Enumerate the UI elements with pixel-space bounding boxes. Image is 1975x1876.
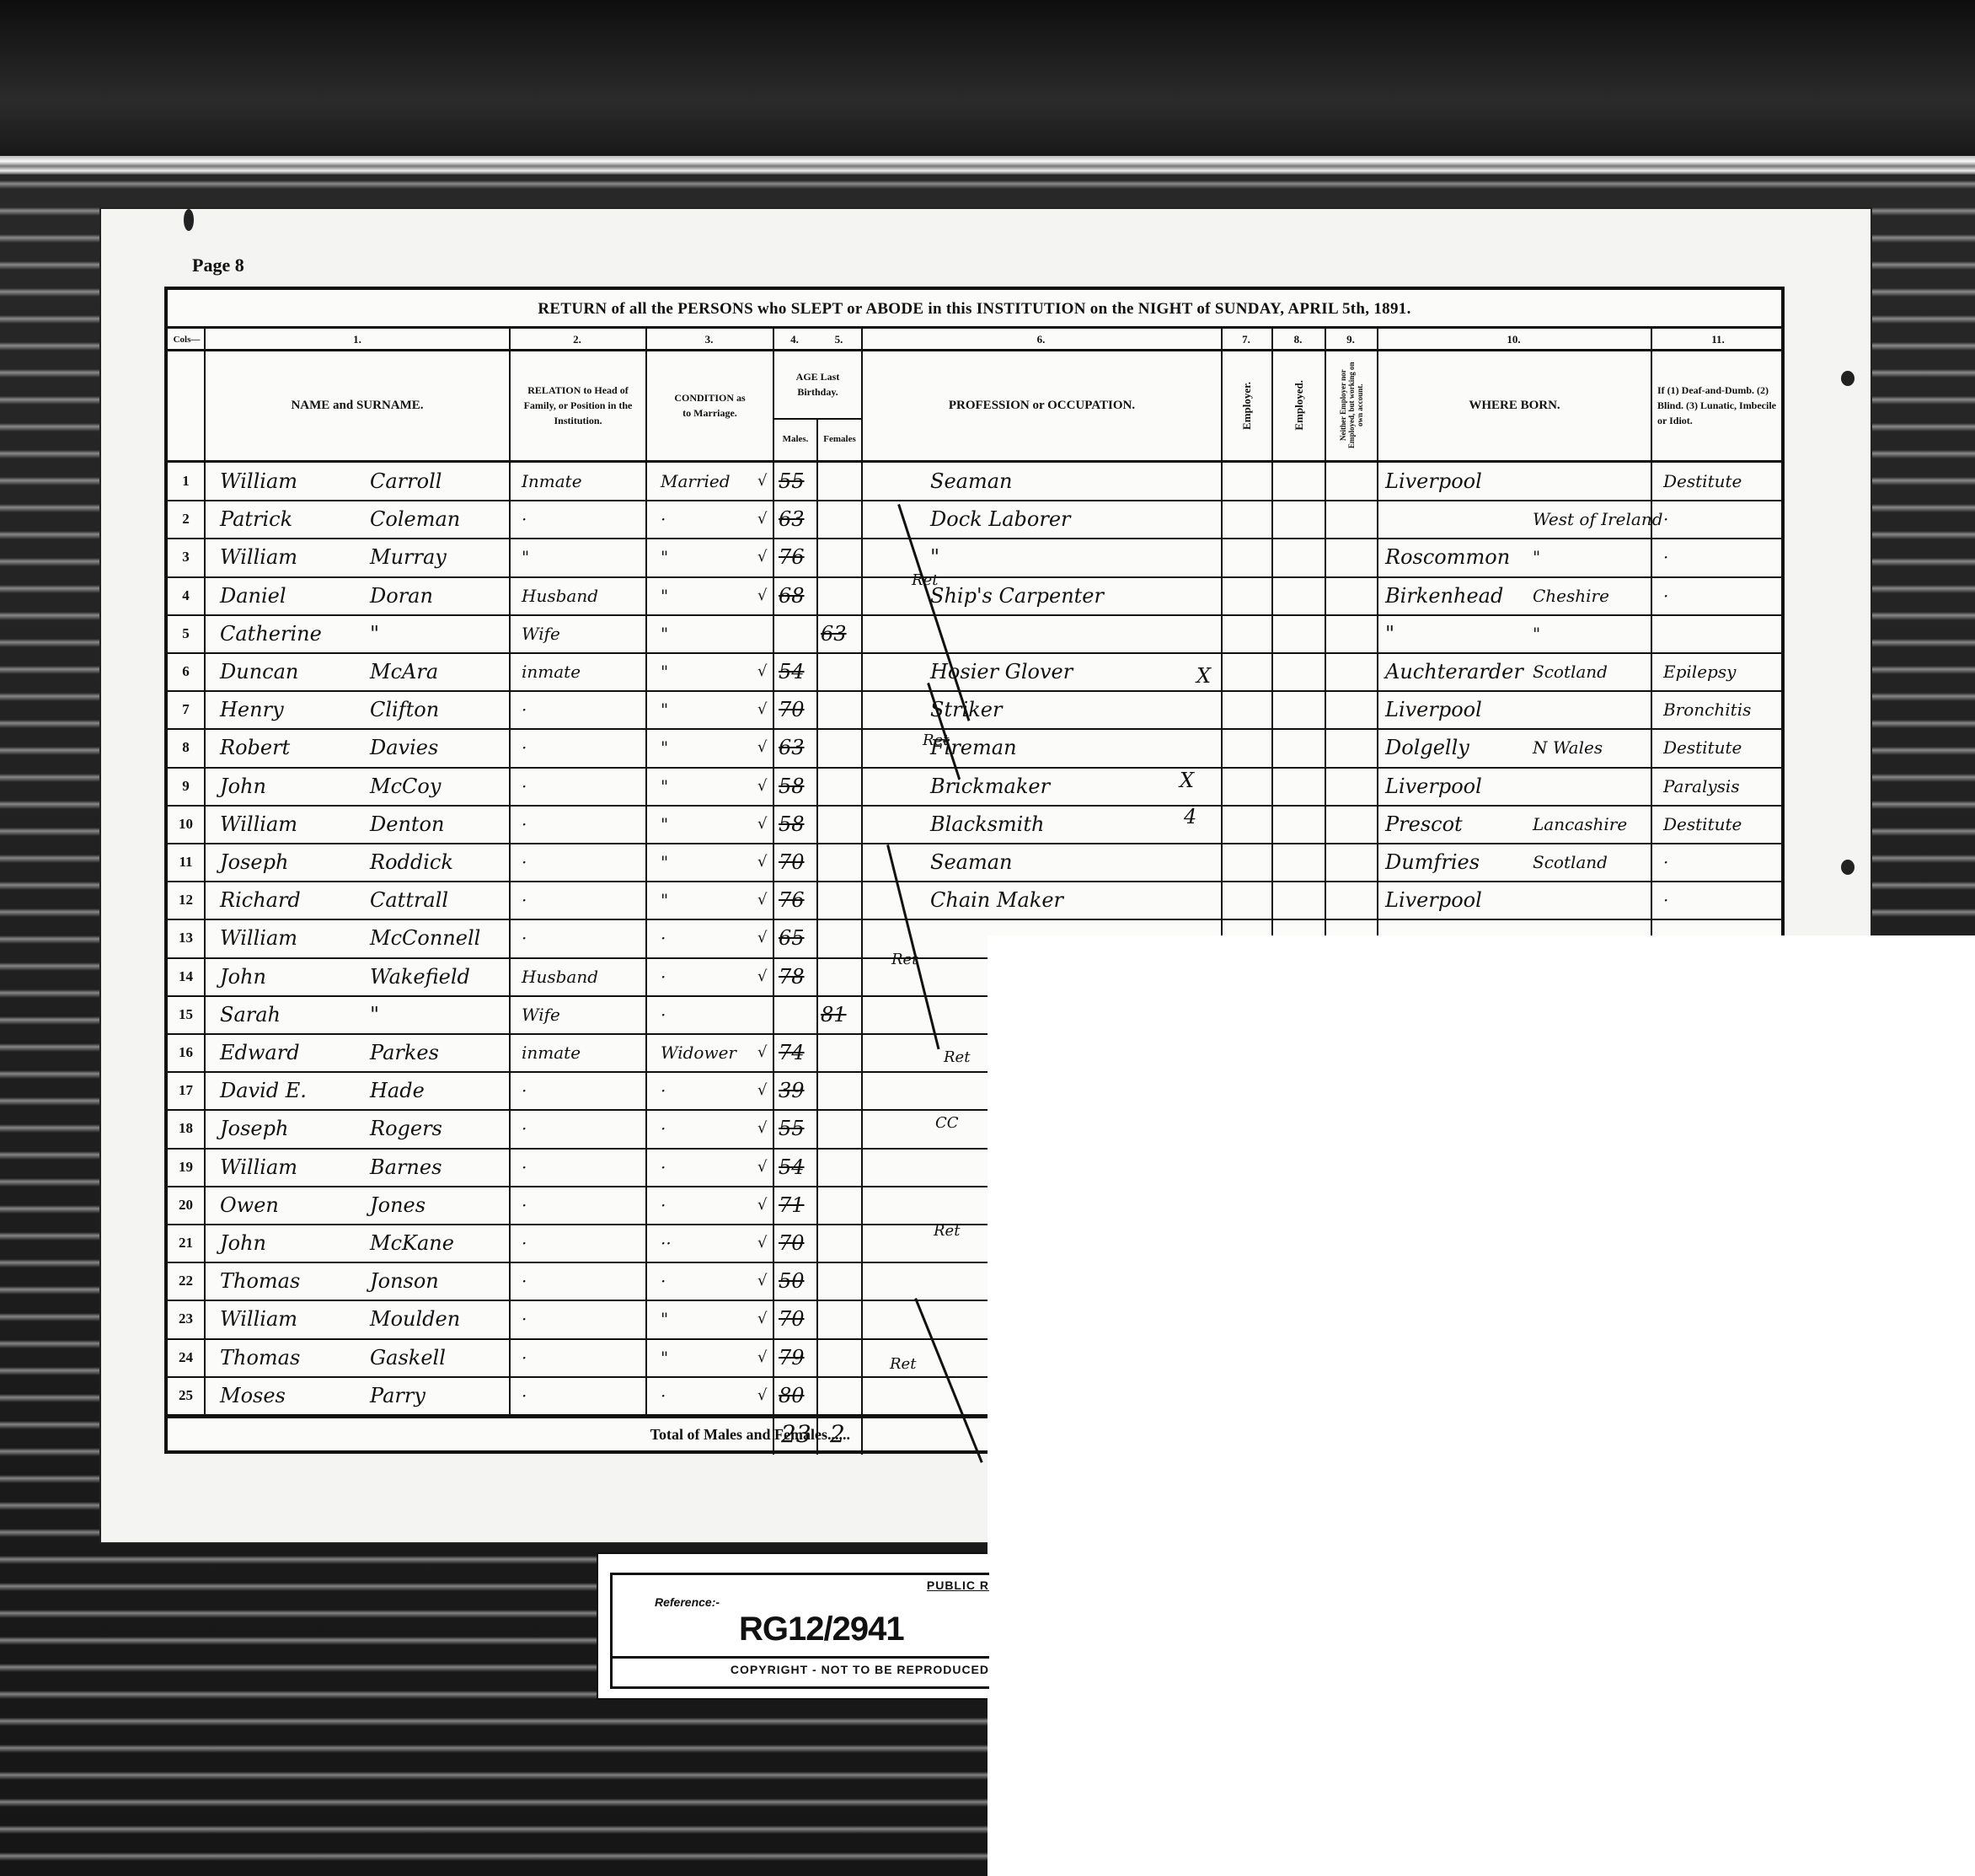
first-name: Henry (220, 691, 380, 728)
relation: · (522, 768, 640, 805)
age-female (821, 806, 859, 843)
birthplace: Prescot (1385, 806, 1537, 843)
reference-caption: Reference:- (655, 1595, 720, 1609)
row-number: 15 (168, 996, 204, 1033)
tally-tick: √ (757, 1300, 773, 1337)
relation: · (522, 1187, 640, 1224)
relation: Inmate (522, 463, 640, 500)
row-number: 16 (168, 1034, 204, 1071)
surname: McKane (370, 1225, 509, 1262)
infirmity: Destitute (1663, 463, 1781, 500)
condition: " (661, 577, 753, 614)
age-male: 70 (779, 691, 816, 728)
first-name: William (220, 1149, 380, 1186)
tally-tick: √ (757, 1225, 773, 1262)
surname: Gaskell (370, 1339, 509, 1376)
surname: " (370, 996, 509, 1033)
tally-tick: √ (757, 1072, 773, 1109)
tally-tick: √ (757, 539, 773, 576)
condition: Married (661, 463, 753, 500)
first-name: Owen (220, 1187, 380, 1224)
condition: " (661, 653, 753, 690)
reference-code: RG12/2941 (739, 1611, 904, 1648)
relation: inmate (522, 1034, 640, 1071)
surname: Murray (370, 539, 509, 576)
surname: Denton (370, 806, 509, 843)
condition: " (661, 691, 753, 728)
birth-region (1533, 691, 1651, 728)
age-male (779, 996, 816, 1033)
row-number: 19 (168, 1149, 204, 1186)
first-name: Joseph (220, 1110, 380, 1147)
tally-tick: √ (757, 1149, 773, 1186)
tally-tick: √ (757, 882, 773, 919)
condition: " (661, 882, 753, 919)
surname: Parry (370, 1377, 509, 1414)
age-male: 74 (779, 1034, 816, 1071)
birth-region (1533, 882, 1651, 919)
annotation-ret: Ret (890, 1355, 916, 1373)
surname: Doran (370, 577, 509, 614)
first-name: John (220, 768, 380, 805)
col-divider (204, 329, 206, 1416)
surname: Jones (370, 1187, 509, 1224)
first-name: John (220, 958, 380, 995)
condition: · (661, 919, 753, 957)
age-male: 78 (779, 958, 816, 995)
age-male: 50 (779, 1262, 816, 1300)
scan-top-edge (0, 0, 1975, 169)
age-female (821, 463, 859, 500)
rule (613, 1656, 989, 1659)
tally-tick: √ (757, 501, 773, 538)
header-relation: RELATION to Head of Family, or Position … (511, 351, 645, 460)
age-female (821, 882, 859, 919)
row-number: 21 (168, 1225, 204, 1262)
annotation-ret: Ret (934, 1222, 960, 1240)
row-number: 7 (168, 691, 204, 728)
first-name: Catherine (220, 615, 380, 652)
relation: · (522, 501, 640, 538)
public-record-text: PUBLIC R (927, 1579, 989, 1592)
surname: Davies (370, 729, 509, 766)
first-name: William (220, 539, 380, 576)
surname: Coleman (370, 501, 509, 538)
relation: inmate (522, 653, 640, 690)
annotation-x: X (1196, 664, 1211, 688)
cols-label: Cols— (168, 330, 206, 349)
condition: Widower (661, 1034, 753, 1071)
relation: · (522, 1225, 640, 1262)
age-female (821, 1034, 859, 1071)
col-divider (509, 329, 511, 1416)
colnum-2: 2. (509, 330, 645, 349)
infirmity: · (1663, 844, 1781, 881)
tally-tick (757, 996, 773, 1033)
header-employed-text: Employed. (1292, 380, 1307, 431)
row-number: 1 (168, 463, 204, 500)
surname: Jonson (370, 1262, 509, 1300)
condition: · (661, 1072, 753, 1109)
condition: " (661, 615, 753, 652)
header-condition: CONDITION as to Marriage. (647, 351, 773, 460)
first-name: John (220, 1225, 380, 1262)
age-female (821, 1110, 859, 1147)
age-female (821, 844, 859, 881)
age-male: 63 (779, 729, 816, 766)
header-where-born: WHERE BORN. (1378, 351, 1651, 460)
row-number: 24 (168, 1339, 204, 1376)
colnum-5: 5. (816, 330, 861, 349)
row-number: 12 (168, 882, 204, 919)
annotation-x: X (1180, 769, 1194, 792)
condition: · (661, 1377, 753, 1414)
infirmity: · (1663, 501, 1781, 538)
colnum-1: 1. (206, 330, 509, 349)
relation: · (522, 882, 640, 919)
first-name: Joseph (220, 844, 380, 881)
birthplace: Liverpool (1385, 768, 1537, 805)
surname: Roddick (370, 844, 509, 881)
birth-region: Lancashire (1533, 806, 1651, 843)
birthplace (1385, 501, 1537, 538)
condition: · (661, 996, 753, 1033)
tally-tick: √ (757, 691, 773, 728)
age-male: 79 (779, 1339, 816, 1376)
age-female (821, 1377, 859, 1414)
annotation-four: 4 (1184, 805, 1196, 828)
age-male: 71 (779, 1187, 816, 1224)
tally-tick: √ (757, 729, 773, 766)
header-neither: Neither Employer nor Employed, but worki… (1326, 351, 1377, 460)
colnum-4: 4. (773, 330, 816, 349)
condition: " (661, 1339, 753, 1376)
tally-tick: √ (757, 463, 773, 500)
age-male: 70 (779, 1300, 816, 1337)
condition: " (661, 1300, 753, 1337)
relation: " (522, 539, 640, 576)
first-name: Edward (220, 1034, 380, 1071)
first-name: Duncan (220, 653, 380, 690)
tally-tick: √ (757, 919, 773, 957)
row-number: 11 (168, 844, 204, 881)
surname: Moulden (370, 1300, 509, 1337)
condition: · (661, 501, 753, 538)
occupation: Seaman (930, 463, 1217, 500)
occupation: Dock Laborer (930, 501, 1217, 538)
col-divider (861, 329, 863, 1455)
relation: Wife (522, 996, 640, 1033)
row-number: 22 (168, 1262, 204, 1300)
occupation: Hosier Glover (930, 653, 1217, 690)
condition: · (661, 958, 753, 995)
form-title: RETURN of all the PERSONS who SLEPT or A… (168, 290, 1781, 329)
birthplace: Dumfries (1385, 844, 1537, 881)
birth-region: Scotland (1533, 844, 1651, 881)
annotation-ret: Ret (944, 1048, 970, 1066)
row-number: 23 (168, 1300, 204, 1337)
relation: · (522, 844, 640, 881)
birth-region (1533, 768, 1651, 805)
birth-region: N Wales (1533, 729, 1651, 766)
age-female: 81 (821, 996, 859, 1033)
age-male: 76 (779, 539, 816, 576)
age-female (821, 1225, 859, 1262)
age-female (821, 539, 859, 576)
infirmity: Destitute (1663, 729, 1781, 766)
birthplace: Liverpool (1385, 882, 1537, 919)
relation: · (522, 1110, 640, 1147)
surname: McConnell (370, 919, 509, 957)
birth-region: Scotland (1533, 653, 1651, 690)
surname: Barnes (370, 1149, 509, 1186)
first-name: William (220, 1300, 380, 1337)
header-employer-text: Employer. (1239, 382, 1255, 430)
tally-tick: √ (757, 768, 773, 805)
age-male: 55 (779, 1110, 816, 1147)
row-number: 2 (168, 501, 204, 538)
relation: Husband (522, 958, 640, 995)
infirmity: · (1663, 577, 1781, 614)
colnum-11: 11. (1651, 330, 1785, 349)
infirmity: Bronchitis (1663, 691, 1781, 728)
age-female (821, 1187, 859, 1224)
age-female (821, 1300, 859, 1337)
age-male: 39 (779, 1072, 816, 1109)
tally-tick: √ (757, 577, 773, 614)
relation: · (522, 919, 640, 957)
tally-tick: √ (757, 958, 773, 995)
occupation: Chain Maker (930, 882, 1217, 919)
occupation: Seaman (930, 844, 1217, 881)
row-number: 13 (168, 919, 204, 957)
condition: · (661, 1262, 753, 1300)
condition: " (661, 729, 753, 766)
tally-tick: √ (757, 806, 773, 843)
reference-box: PUBLIC R Reference:- RG12/2941 COPYRIGHT… (610, 1573, 989, 1689)
surname: Clifton (370, 691, 509, 728)
occupation: Striker (930, 691, 1217, 728)
birthplace: Liverpool (1385, 463, 1537, 500)
age-female (821, 501, 859, 538)
colnum-3: 3. (645, 330, 773, 349)
punch-hole-icon (184, 209, 194, 231)
age-male: 70 (779, 1225, 816, 1262)
header-females: Females (818, 418, 861, 460)
relation: · (522, 1149, 640, 1186)
birth-region: West of Ireland (1533, 501, 1651, 538)
row-number: 6 (168, 653, 204, 690)
tally-tick (757, 615, 773, 652)
header-employer: Employer. (1223, 351, 1271, 460)
age-male: 65 (779, 919, 816, 957)
relation: · (522, 1262, 640, 1300)
age-female (821, 768, 859, 805)
birth-region: Cheshire (1533, 577, 1651, 614)
birth-region (1533, 463, 1651, 500)
row-number: 10 (168, 806, 204, 843)
tally-tick: √ (757, 1187, 773, 1224)
reference-label: PUBLIC R Reference:- RG12/2941 COPYRIGHT… (597, 1552, 987, 1700)
colnum-9: 9. (1325, 330, 1377, 349)
redaction-overlay (987, 935, 1975, 1876)
header-males: Males. (774, 418, 816, 460)
page-number: Page 8 (192, 255, 244, 276)
age-female (821, 1339, 859, 1376)
header-neither-text: Neither Employer nor Employed, but worki… (1339, 355, 1364, 456)
scanner-rail (0, 156, 1975, 174)
relation: · (522, 1377, 640, 1414)
relation: Husband (522, 577, 640, 614)
header-infirmity: If (1) Deaf-and-Dumb. (2) Blind. (3) Lun… (1652, 351, 1785, 460)
header-employed: Employed. (1273, 351, 1325, 460)
age-male: 63 (779, 501, 816, 538)
age-male: 54 (779, 1149, 816, 1186)
infirmity: Destitute (1663, 806, 1781, 843)
row-number: 9 (168, 768, 204, 805)
first-name: Moses (220, 1377, 380, 1414)
condition: " (661, 539, 753, 576)
condition: · (661, 1110, 753, 1147)
first-name: Robert (220, 729, 380, 766)
row-number: 25 (168, 1377, 204, 1414)
total-males: 23 (781, 1418, 811, 1451)
infirmity: Paralysis (1663, 768, 1781, 805)
total-females: 2 (830, 1418, 845, 1451)
age-male: 55 (779, 463, 816, 500)
age-female (821, 919, 859, 957)
header-age: AGE Last Birthday. (774, 351, 861, 418)
surname: McAra (370, 653, 509, 690)
surname: Cattrall (370, 882, 509, 919)
infirmity: · (1663, 882, 1781, 919)
age-female: 63 (821, 615, 859, 652)
condition: · (661, 1149, 753, 1186)
header-name: NAME and SURNAME. (206, 351, 509, 460)
age-female (821, 1072, 859, 1109)
infirmity (1663, 615, 1781, 652)
birth-region: " (1533, 615, 1651, 652)
occupation (930, 615, 1217, 652)
age-male: 58 (779, 806, 816, 843)
age-male (779, 615, 816, 652)
relation: · (522, 806, 640, 843)
colnum-10: 10. (1377, 330, 1651, 349)
first-name: Thomas (220, 1339, 380, 1376)
occupation: Fireman (930, 729, 1217, 766)
first-name: William (220, 463, 380, 500)
annotation-cc: CC (935, 1114, 959, 1132)
first-name: Richard (220, 882, 380, 919)
relation: · (522, 729, 640, 766)
birthplace: " (1385, 615, 1537, 652)
age-male: 58 (779, 768, 816, 805)
condition: " (661, 768, 753, 805)
age-male: 54 (779, 653, 816, 690)
age-female (821, 1149, 859, 1186)
first-name: Thomas (220, 1262, 380, 1300)
relation: Wife (522, 615, 640, 652)
first-name: William (220, 806, 380, 843)
surname: Parkes (370, 1034, 509, 1071)
col-divider (645, 329, 647, 1416)
birthplace: Dolgelly (1385, 729, 1537, 766)
colnum-8: 8. (1271, 330, 1325, 349)
birthplace: Roscommon (1385, 539, 1537, 576)
age-female (821, 1262, 859, 1300)
relation: · (522, 1300, 640, 1337)
birthplace: Liverpool (1385, 691, 1537, 728)
birthplace: Birkenhead (1385, 577, 1537, 614)
surname: McCoy (370, 768, 509, 805)
colnum-6: 6. (861, 330, 1221, 349)
condition: " (661, 806, 753, 843)
relation: · (522, 1339, 640, 1376)
occupation: " (930, 539, 1217, 576)
surname: Hade (370, 1072, 509, 1109)
condition: ·· (661, 1225, 753, 1262)
tally-tick: √ (757, 1110, 773, 1147)
age-female (821, 958, 859, 995)
age-female (821, 577, 859, 614)
infirmity: Epilepsy (1663, 653, 1781, 690)
age-male: 76 (779, 882, 816, 919)
birth-region: " (1533, 539, 1651, 576)
header-occupation: PROFESSION or OCCUPATION. (863, 351, 1221, 460)
surname: Wakefield (370, 958, 509, 995)
condition: " (661, 844, 753, 881)
age-female (821, 729, 859, 766)
first-name: Patrick (220, 501, 380, 538)
row-number: 8 (168, 729, 204, 766)
tally-tick: √ (757, 653, 773, 690)
first-name: David E. (220, 1072, 380, 1109)
occupation: Brickmaker (930, 768, 1217, 805)
row-number: 3 (168, 539, 204, 576)
relation: · (522, 691, 640, 728)
first-name: William (220, 919, 380, 957)
colnum-7: 7. (1221, 330, 1271, 349)
copyright-notice: COPYRIGHT - NOT TO BE REPRODUCED (731, 1663, 989, 1676)
tally-tick: √ (757, 844, 773, 881)
tally-tick: √ (757, 1262, 773, 1300)
col-divider (773, 329, 774, 1455)
row-number: 17 (168, 1072, 204, 1109)
first-name: Sarah (220, 996, 380, 1033)
first-name: Daniel (220, 577, 380, 614)
occupation: Ship's Carpenter (930, 577, 1217, 614)
tally-tick: √ (757, 1034, 773, 1071)
punch-hole-icon (1841, 371, 1855, 386)
age-female (821, 653, 859, 690)
age-male: 80 (779, 1377, 816, 1414)
row-number: 18 (168, 1110, 204, 1147)
infirmity: · (1663, 539, 1781, 576)
relation: · (522, 1072, 640, 1109)
row-number: 20 (168, 1187, 204, 1224)
row-number: 14 (168, 958, 204, 995)
row-number: 4 (168, 577, 204, 614)
birthplace: Auchterarder (1385, 653, 1537, 690)
age-male: 68 (779, 577, 816, 614)
age-female (821, 691, 859, 728)
age-male: 70 (779, 844, 816, 881)
surname: Carroll (370, 463, 509, 500)
punch-hole-icon (1841, 860, 1855, 875)
tally-tick: √ (757, 1377, 773, 1414)
condition: · (661, 1187, 753, 1224)
surname: " (370, 615, 509, 652)
